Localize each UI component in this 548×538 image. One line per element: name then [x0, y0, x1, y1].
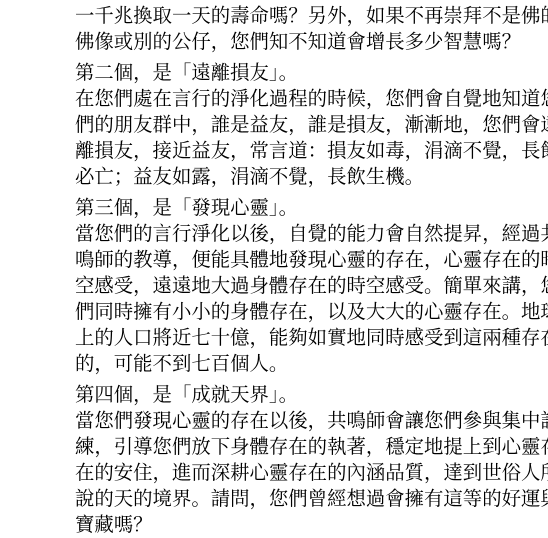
text-line: 在您們處在言行的淨化過程的時候，您們會自覺地知道您 — [75, 87, 542, 113]
text-line: 當您們的言行淨化以後，自覺的能力會自然提昇，經過共 — [75, 222, 542, 248]
text-line: 寶藏嗎？ — [75, 513, 542, 538]
text-line: 上的人口將近七十億，能夠如實地同時感受到這兩種存在 — [75, 326, 542, 352]
paragraph-third-point: 第三個，是「發現心靈」。 當您們的言行淨化以後，自覺的能力會自然提昇，經過共鳴師… — [75, 196, 542, 378]
paragraph-body: 當您們發現心靈的存在以後，共鳴師會讓您們參與集中訓練，引導您們放下身體存在的執著… — [75, 409, 542, 538]
text-line: 當您們發現心靈的存在以後，共鳴師會讓您們參與集中訓 — [75, 409, 542, 435]
section-heading: 第二個，是「遠離損友」。 — [75, 61, 542, 87]
text-line: 必亡；益友如露，涓滴不覺，長飲生機。 — [75, 165, 542, 191]
section-heading: 第三個，是「發現心靈」。 — [75, 196, 542, 222]
section-heading: 第四個，是「成就天界」。 — [75, 383, 542, 409]
text-line: 離損友，接近益友，常言道：損友如毒，涓滴不覺，長飲 — [75, 139, 542, 165]
paragraph-body: 一千兆換取一天的壽命嗎？另外，如果不再崇拜不是佛的佛像或別的公仔，您們知不知道會… — [75, 4, 542, 56]
text-line: 們的朋友群中，誰是益友，誰是損友，漸漸地，您們會遠 — [75, 113, 542, 139]
text-line: 在的安住，進而深耕心靈存在的內涵品質，達到世俗人所 — [75, 461, 542, 487]
text-line: 鳴師的教導，便能具體地發現心靈的存在，心靈存在的時 — [75, 248, 542, 274]
paragraph-second-point: 第二個，是「遠離損友」。 在您們處在言行的淨化過程的時候，您們會自覺地知道您們的… — [75, 61, 542, 191]
text-line: 們同時擁有小小的身體存在，以及大大的心靈存在。地球 — [75, 300, 542, 326]
document-page: 一千兆換取一天的壽命嗎？另外，如果不再崇拜不是佛的佛像或別的公仔，您們知不知道會… — [0, 0, 548, 538]
text-line: 說的天的境界。請問，您們曾經想過會擁有這等的好運與 — [75, 487, 542, 513]
text-line: 佛像或別的公仔，您們知不知道會增長多少智慧嗎？ — [75, 30, 542, 56]
paragraph-body: 當您們的言行淨化以後，自覺的能力會自然提昇，經過共鳴師的教導，便能具體地發現心靈… — [75, 222, 542, 378]
text-line: 練，引導您們放下身體存在的執著，穩定地提上到心靈存 — [75, 435, 542, 461]
text-line: 的，可能不到七百個人。 — [75, 352, 542, 378]
paragraph-body: 在您們處在言行的淨化過程的時候，您們會自覺地知道您們的朋友群中，誰是益友，誰是損… — [75, 87, 542, 191]
text-line: 空感受，遠遠地大過身體存在的時空感受。簡單來講，您 — [75, 274, 542, 300]
paragraph-fourth-point: 第四個，是「成就天界」。 當您們發現心靈的存在以後，共鳴師會讓您們參與集中訓練，… — [75, 383, 542, 538]
paragraph-intro: 一千兆換取一天的壽命嗎？另外，如果不再崇拜不是佛的佛像或別的公仔，您們知不知道會… — [75, 4, 542, 56]
text-line: 一千兆換取一天的壽命嗎？另外，如果不再崇拜不是佛的 — [75, 4, 542, 30]
